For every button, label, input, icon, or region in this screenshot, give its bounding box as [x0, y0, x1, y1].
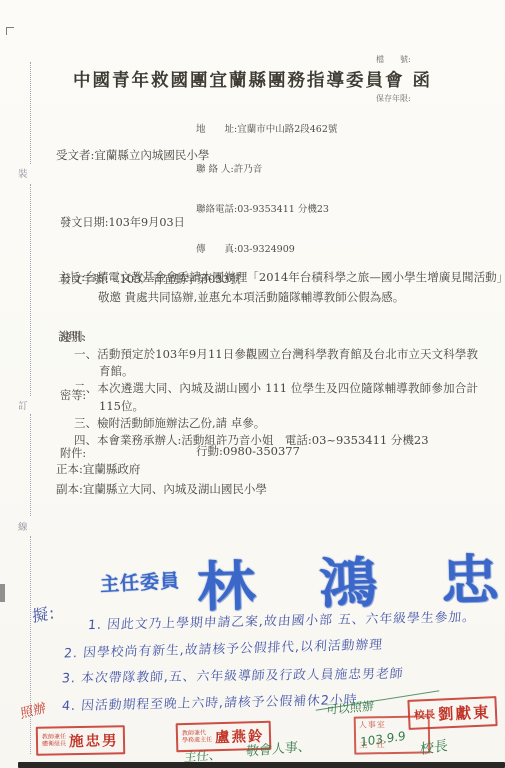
handwritten-note-4: 4. 因活動期程至晚上六時,請核予公假補休2小時 [61, 689, 358, 714]
director-stamp-role: 教師兼代學務處主任 [182, 730, 212, 744]
scan-corner-mark [6, 27, 14, 35]
binding-mark-xian: 線 [18, 519, 28, 533]
binding-dotted-line [30, 414, 31, 516]
principal-stamp-name: 劉獻東 [438, 700, 491, 724]
archive-number-label: 檔 號: [376, 53, 411, 66]
handwritten-note-3: 3. 本次帶隊教師,五、六年級導師及行政人員施忠男老師 [61, 663, 404, 687]
handwritten-note-2: 2. 因學校尚有新生,故請核予公假排代,以利活動辦理 [63, 634, 383, 662]
binding-mark-zhuang: 裝 [18, 166, 28, 180]
original-copy-line: 正本:宜蘭縣政府 [56, 461, 140, 477]
handwritten-note-1: 1. 因此文乃上學期申請乙案,故由國小部 五、六年級學生參加。 [87, 606, 477, 633]
handwritten-notes-label: 擬: [31, 600, 56, 627]
scan-bottom-edge [18, 762, 505, 768]
scanned-official-letter: 裝 訂 線 檔 號: 保存年限: 中國青年救國團宜蘭縣團務指導委員會 函 地 址… [0, 0, 505, 768]
green-note-hr-approval: 可以照辦 [326, 697, 375, 718]
teacher-stamp-name: 施忠男 [69, 729, 119, 751]
cc-copy-line: 副本:宜蘭縣立大同、內城及湖山國民小學 [56, 481, 267, 497]
scan-edge-artifact [0, 584, 5, 602]
issue-date-line: 發文日期:103年9月03日 [60, 213, 241, 232]
speed-line: 速別: [60, 328, 241, 347]
binding-dotted-line [30, 184, 31, 396]
subject-label: 主旨: [58, 270, 85, 284]
subject-paragraph: 主旨:台積電文教基金會委請本團辦理「2014年台積科學之旅—國小學生增廣見聞活動… [58, 268, 505, 308]
explanation-label: 說明: [58, 328, 85, 344]
hr-stamp-office: 人事室 [359, 719, 386, 730]
explanation-item-1: 一、活動預定於103年9月11日參觀國立台灣科學教育館及台北市立天文科學教育館。 [74, 346, 478, 380]
retention-period-label: 保存年限: [376, 92, 411, 105]
subject-text: 台積電文教基金會委請本團辦理「2014年台積科學之旅—國小學生增廣見聞活動」,敬… [85, 270, 505, 304]
teacher-name-stamp: 教師兼任體衛組長 施忠男 [36, 725, 125, 756]
teacher-stamp-role: 教師兼任體衛組長 [42, 734, 66, 748]
explanation-items: 一、活動預定於103年9月11日參觀國立台灣科學教育館及台北市立天文科學教育館。… [74, 346, 478, 449]
principal-name-stamp: 校長 劉獻東 [407, 696, 497, 730]
binding-mark-ding: 訂 [18, 398, 28, 412]
recipient-line: 受文者:宜蘭縣立內城國民小學 [56, 147, 209, 163]
chairman-title-stamp: 主任委員 [99, 566, 180, 597]
green-note-principal: 校長 [420, 735, 448, 759]
red-handwritten-note: 照辦 [19, 697, 46, 722]
explanation-item-3: 三、檢附活動師施辦法乙份,請 卓參。 [74, 415, 478, 432]
address-line: 地 址:宜蘭市中山路2段462號 [196, 123, 337, 136]
explanation-item-2: 二、本次遴選大同、內城及湖山國小 111 位學生及四位隨隊輔導教師參加合計115… [74, 380, 478, 414]
binding-dotted-line [30, 536, 31, 754]
mobile-phone-line: 行動:0980-350377 [196, 443, 300, 459]
principal-stamp-role: 校長 [414, 706, 436, 722]
document-title: 中國青年救國團宜蘭縣團務指導委員會 函 [0, 67, 505, 92]
